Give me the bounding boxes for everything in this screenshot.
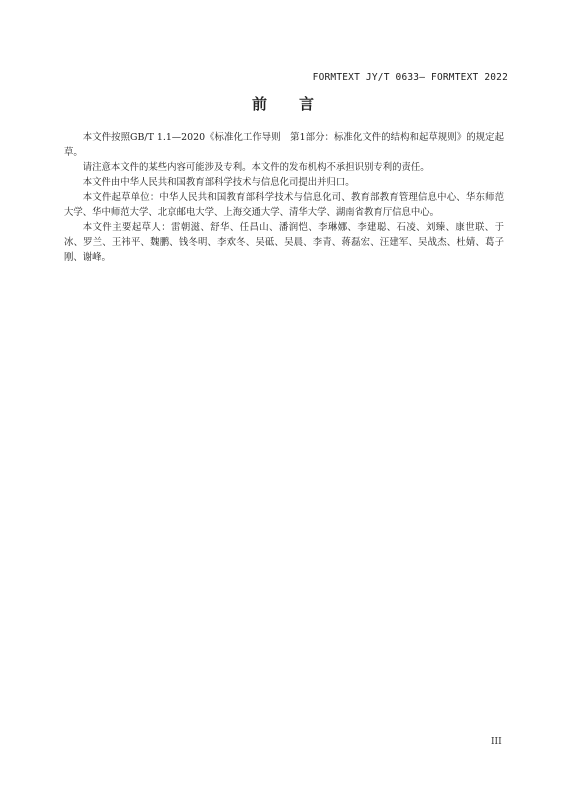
paragraph-drafters: 本文件主要起草人：雷朝滋、舒华、任昌山、潘润恺、李琳娜、李建聪、石凌、刘臻、康世… — [64, 220, 504, 265]
section-title-foreword: 前言 — [0, 93, 566, 114]
paragraph-patent-notice: 请注意本文件的某些内容可能涉及专利。本文件的发布机构不承担识别专利的责任。 — [64, 160, 504, 175]
page-number: III — [491, 737, 502, 747]
paragraph-proposer: 本文件由中华人民共和国教育部科学技术与信息化司提出并归口。 — [64, 175, 504, 190]
paragraph-drafting-basis: 本文件按照GB/T 1.1—2020《标准化工作导则 第1部分：标准化文件的结构… — [64, 130, 504, 160]
title-char-1: 前 — [252, 93, 267, 114]
paragraph-drafting-units: 本文件起草单位：中华人民共和国教育部科学技术与信息化司、教育部教育管理信息中心、… — [64, 190, 504, 220]
document-header-code: FORMTEXT JY/T 0633— FORMTEXT 2022 — [313, 72, 508, 83]
foreword-body: 本文件按照GB/T 1.1—2020《标准化工作导则 第1部分：标准化文件的结构… — [64, 130, 504, 265]
title-char-2: 言 — [299, 93, 314, 114]
